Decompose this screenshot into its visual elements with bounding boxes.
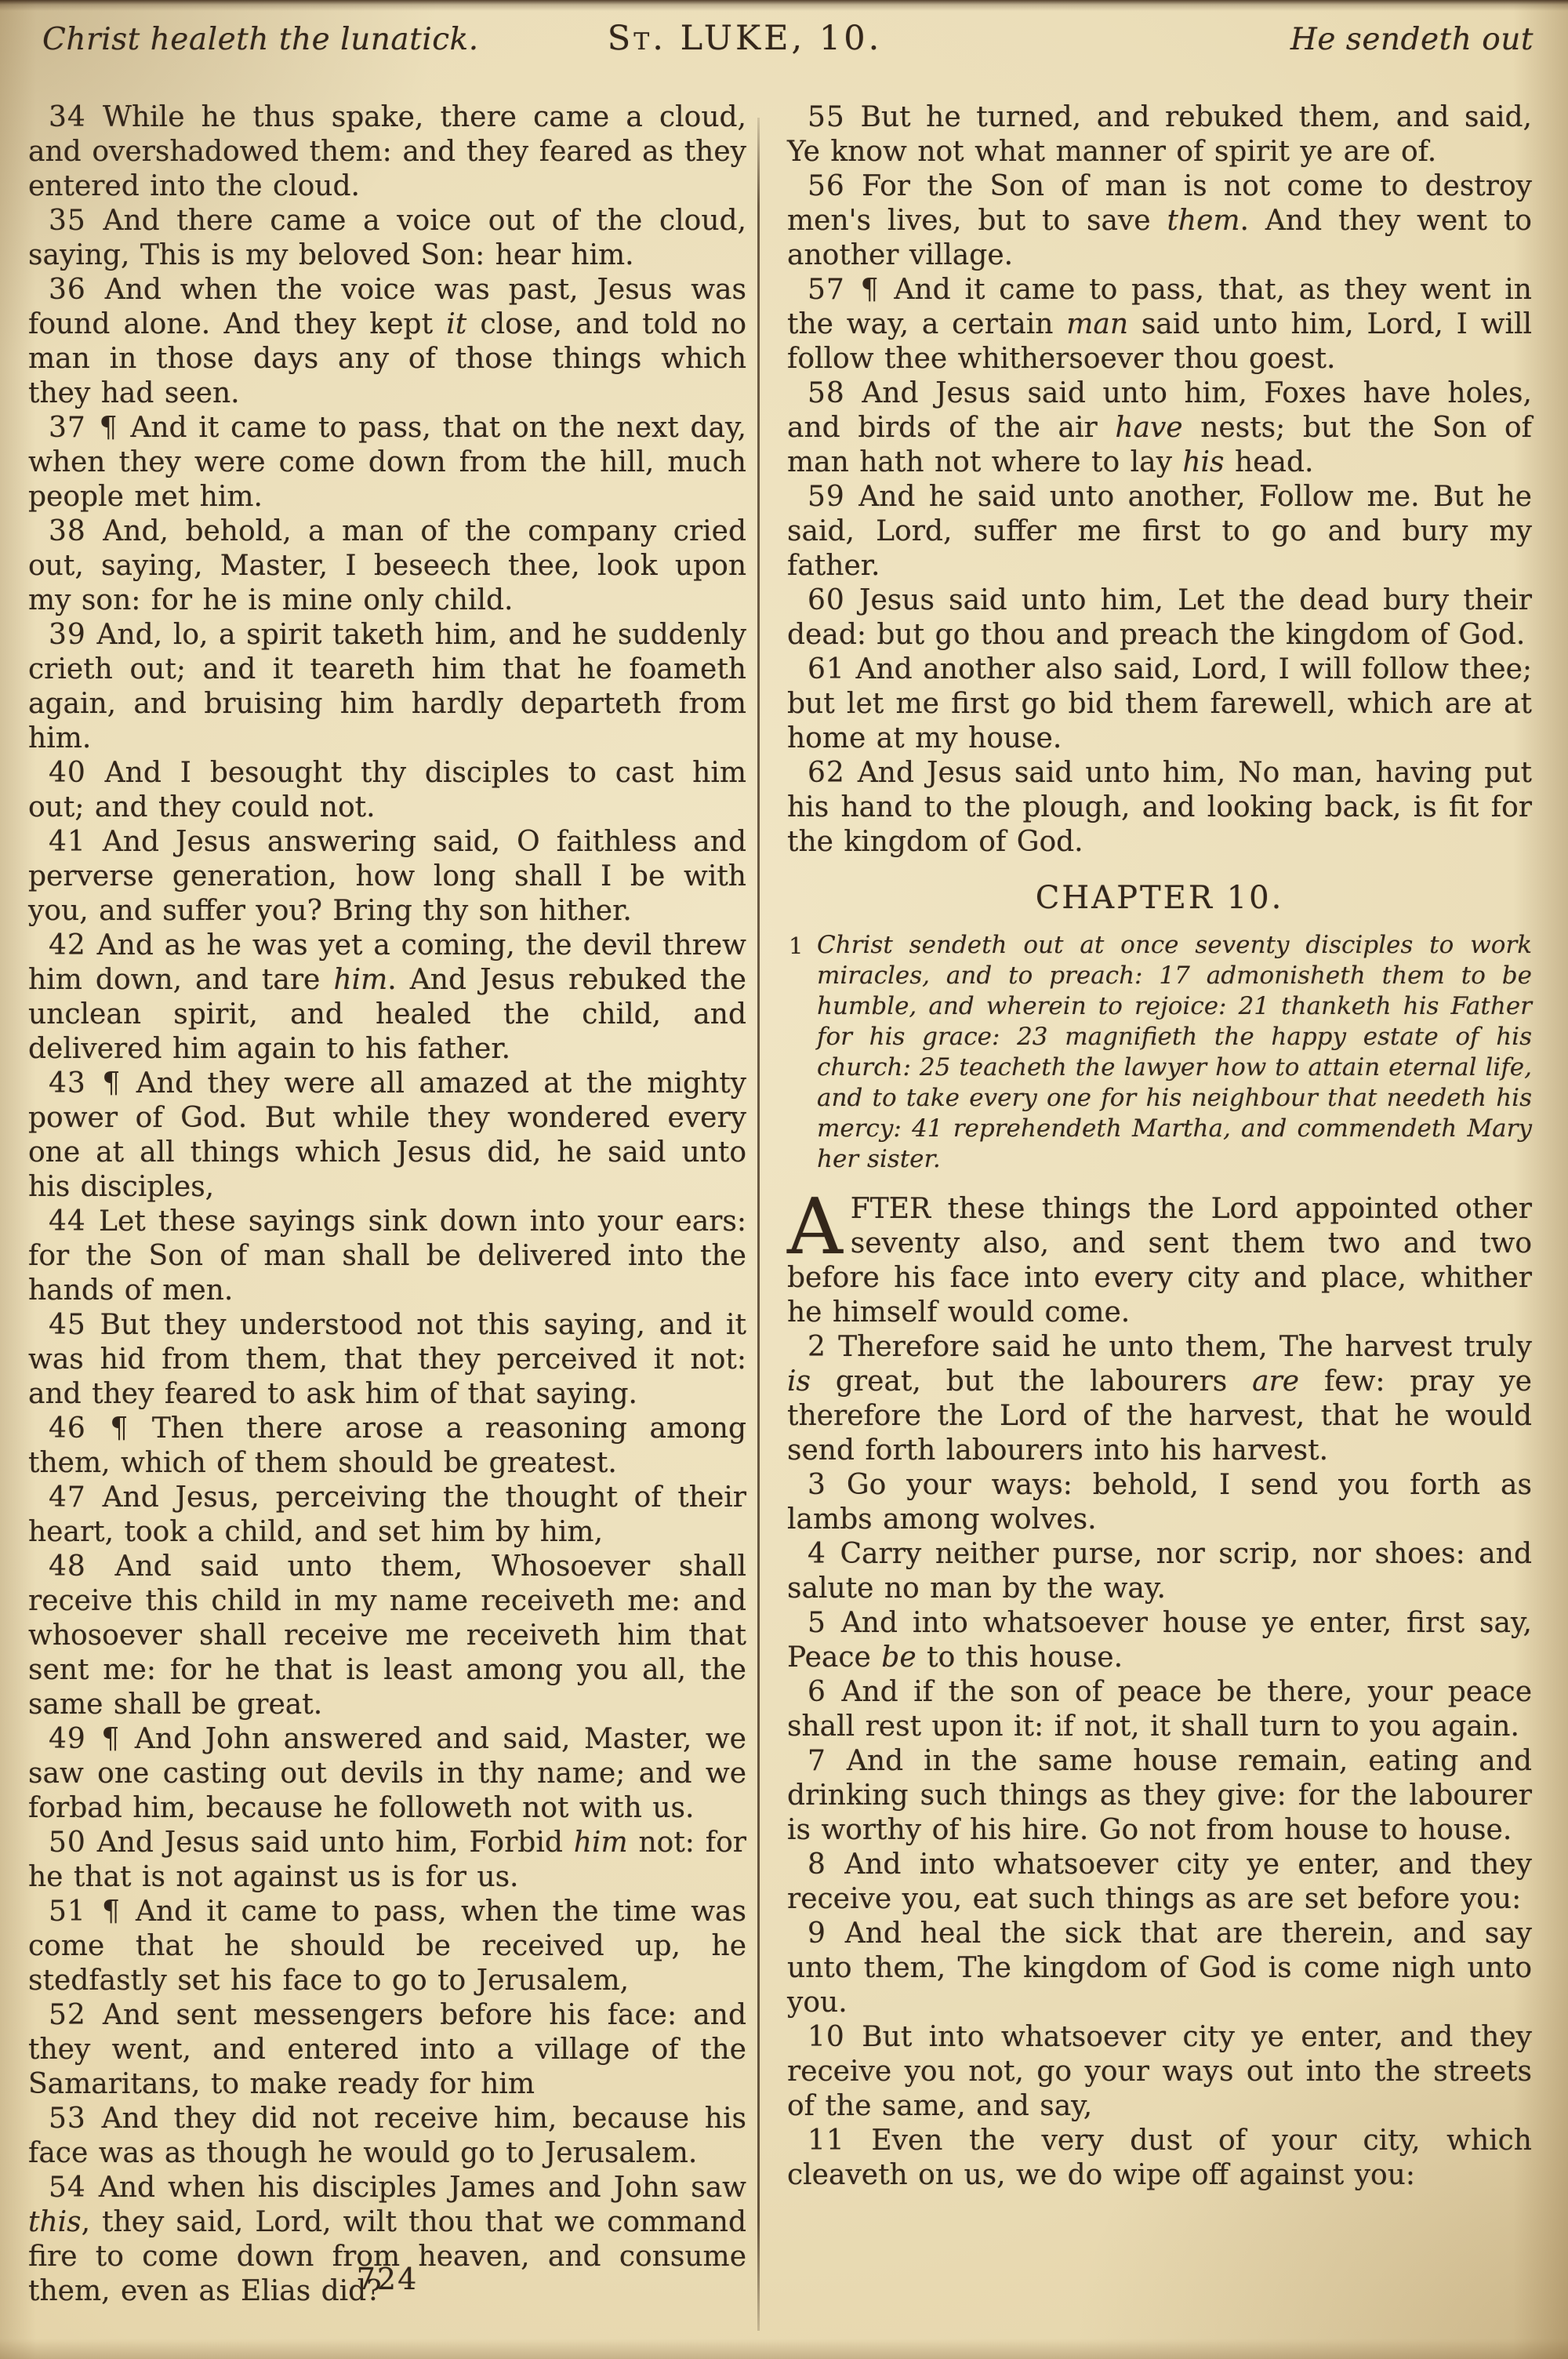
running-header-right: He sendeth out xyxy=(925,22,1534,57)
verse-11: 11 Even the very dust of your city, whic… xyxy=(787,2124,1532,2193)
pilcrow-mark: ¶ xyxy=(100,1067,122,1100)
emphasized-word: him xyxy=(574,1826,628,1859)
verse-number: 45 xyxy=(49,1309,86,1341)
verse-42: 42 And as he was yet a coming, the devil… xyxy=(28,929,746,1067)
verse-45: 45 But they understood not this saying, … xyxy=(28,1308,746,1412)
page-number: 724 xyxy=(28,2262,746,2296)
verse-44: 44 Let these sayings sink down into your… xyxy=(28,1205,746,1308)
emphasized-word: his xyxy=(1182,446,1224,478)
pilcrow-mark: ¶ xyxy=(859,274,880,306)
verse-62: 62 And Jesus said unto him, No man, havi… xyxy=(787,756,1532,860)
verse-number: 57 xyxy=(808,274,845,306)
verses-after-chapter: AFTER these things the Lord appointed ot… xyxy=(787,1192,1532,2193)
verse-58: 58 And Jesus said unto him, Foxes have h… xyxy=(787,376,1532,480)
pilcrow-mark: ¶ xyxy=(98,412,119,444)
bible-page-scan: Christ healeth the lunatick. St. LUKE, 1… xyxy=(0,0,1568,2359)
emphasized-word: him xyxy=(333,964,387,996)
drop-cap-letter: A xyxy=(787,1192,851,1259)
verse-number: 5 xyxy=(808,1607,826,1639)
verse-51: 51 ¶ And it came to pass, when the time … xyxy=(28,1895,746,1998)
running-header-left: Christ healeth the lunatick. xyxy=(42,22,651,57)
verse-41: 41 And Jesus answering said, O faithless… xyxy=(28,825,746,929)
column-divider-rule xyxy=(757,118,760,2331)
verse-number: 39 xyxy=(49,619,86,651)
verse-number: 58 xyxy=(808,377,845,409)
verse-3: 3 Go your ways: behold, I send you forth… xyxy=(787,1468,1532,1537)
verse-number: 44 xyxy=(49,1205,86,1238)
pilcrow-mark: ¶ xyxy=(100,1896,122,1928)
verse-6: 6 And if the son of peace be there, your… xyxy=(787,1675,1532,1744)
verse-number: 41 xyxy=(49,826,86,858)
verse-number: 37 xyxy=(49,412,86,444)
chapter-heading: CHAPTER 10. xyxy=(787,880,1532,916)
verse-number: 7 xyxy=(808,1745,826,1777)
verse-number: 62 xyxy=(808,757,845,789)
verse-number: 50 xyxy=(49,1826,86,1859)
verse-number: 34 xyxy=(49,101,86,133)
left-column: 34 While he thus spake, there came a clo… xyxy=(28,100,746,2309)
verse-5: 5 And into whatsoever house ye enter, fi… xyxy=(787,1606,1532,1675)
verse-number: 59 xyxy=(808,481,845,513)
verse-number: 8 xyxy=(808,1848,826,1881)
verse-number: 43 xyxy=(49,1067,86,1100)
verse-2: 2 Therefore said he unto them, The harve… xyxy=(787,1330,1532,1468)
verse-number: 3 xyxy=(808,1469,826,1501)
verse-60: 60 Jesus said unto him, Let the dead bur… xyxy=(787,583,1532,652)
verse-57: 57 ¶ And it came to pass, that, as they … xyxy=(787,273,1532,376)
verse-1: AFTER these things the Lord appointed ot… xyxy=(787,1192,1532,1330)
emphasized-word: them xyxy=(1167,205,1240,237)
emphasized-word: are xyxy=(1252,1365,1299,1398)
verse-37: 37 ¶ And it came to pass, that on the ne… xyxy=(28,411,746,514)
chapter-summary-text: Christ sendeth out at once seventy disci… xyxy=(817,931,1532,1173)
verse-4: 4 Carry neither purse, nor scrip, nor sh… xyxy=(787,1537,1532,1606)
verse-10: 10 But into whatsoever city ye enter, an… xyxy=(787,2020,1532,2124)
verse-number: 52 xyxy=(49,1999,86,2031)
verse-number: 9 xyxy=(808,1917,826,1950)
verse-34: 34 While he thus spake, there came a clo… xyxy=(28,100,746,204)
verse-number: 49 xyxy=(49,1723,86,1755)
emphasized-word: have xyxy=(1115,412,1182,444)
verse-61: 61 And another also said, Lord, I will f… xyxy=(787,652,1532,756)
verse-35: 35 And there came a voice out of the clo… xyxy=(28,204,746,273)
verses-before-chapter: 55 But he turned, and rebuked them, and … xyxy=(787,100,1532,860)
verse-47: 47 And Jesus, perceiving the thought of … xyxy=(28,1481,746,1550)
verse-8: 8 And into whatsoever city ye enter, and… xyxy=(787,1848,1532,1917)
verse-46: 46 ¶ Then there arose a reasoning among … xyxy=(28,1412,746,1481)
verse-number: 35 xyxy=(49,205,86,237)
verse-number: 60 xyxy=(808,584,845,616)
verse-number: 55 xyxy=(808,101,845,133)
verse-59: 59 And he said unto another, Follow me. … xyxy=(787,480,1532,583)
verse-number: 48 xyxy=(49,1550,86,1583)
verse-40: 40 And I besought thy disciples to cast … xyxy=(28,756,746,825)
verse-9: 9 And heal the sick that are therein, an… xyxy=(787,1917,1532,2020)
verse-36: 36 And when the voice was past, Jesus wa… xyxy=(28,273,746,411)
verse-number: 46 xyxy=(49,1412,86,1445)
verse-53: 53 And they did not receive him, because… xyxy=(28,2102,746,2171)
verse-number: 2 xyxy=(808,1331,826,1363)
verse-number: 47 xyxy=(49,1481,86,1514)
emphasized-word: man xyxy=(1066,308,1128,340)
verse-number: 10 xyxy=(808,2021,845,2053)
pilcrow-mark: ¶ xyxy=(100,1723,121,1755)
emphasized-word: be xyxy=(881,1641,916,1674)
verse-number: 51 xyxy=(49,1896,86,1928)
verse-38: 38 And, behold, a man of the company cri… xyxy=(28,514,746,618)
pilcrow-mark: ¶ xyxy=(108,1412,129,1445)
verse-39: 39 And, lo, a spirit taketh him, and he … xyxy=(28,618,746,756)
verse-number: 42 xyxy=(49,929,86,961)
verse-number: 6 xyxy=(808,1676,826,1708)
verse-number: 40 xyxy=(49,757,86,789)
verse-7: 7 And in the same house remain, eating a… xyxy=(787,1744,1532,1848)
verse-number: 56 xyxy=(808,170,845,202)
emphasized-word: is xyxy=(787,1365,811,1398)
verse-number: 53 xyxy=(49,2103,86,2135)
chapter-summary: 1Christ sendeth out at once seventy disc… xyxy=(787,930,1532,1175)
right-column: 55 But he turned, and rebuked them, and … xyxy=(787,100,1532,2193)
verse-number: 38 xyxy=(49,515,86,547)
verse-43: 43 ¶ And they were all amazed at the mig… xyxy=(28,1067,746,1205)
verse-48: 48 And said unto them, Whosoever shall r… xyxy=(28,1550,746,1722)
summary-verse-number: 1 xyxy=(789,931,803,961)
verse-number: 11 xyxy=(808,2125,845,2157)
verse-number: 4 xyxy=(808,1538,826,1570)
verse-52: 52 And sent messengers before his face: … xyxy=(28,1998,746,2102)
verse-49: 49 ¶ And John answered and said, Master,… xyxy=(28,1722,746,1826)
emphasized-word: this xyxy=(28,2206,82,2238)
emphasized-word: it xyxy=(446,308,466,340)
verse-number: 54 xyxy=(49,2172,86,2204)
verse-number: 36 xyxy=(49,274,86,306)
running-header: Christ healeth the lunatick. St. LUKE, 1… xyxy=(42,19,1534,58)
verse-56: 56 For the Son of man is not come to des… xyxy=(787,169,1532,273)
verse-50: 50 And Jesus said unto him, Forbid him n… xyxy=(28,1826,746,1895)
verse-number: 61 xyxy=(808,653,845,685)
running-header-title: St. LUKE, 10. xyxy=(608,19,882,58)
verse-55: 55 But he turned, and rebuked them, and … xyxy=(787,100,1532,169)
